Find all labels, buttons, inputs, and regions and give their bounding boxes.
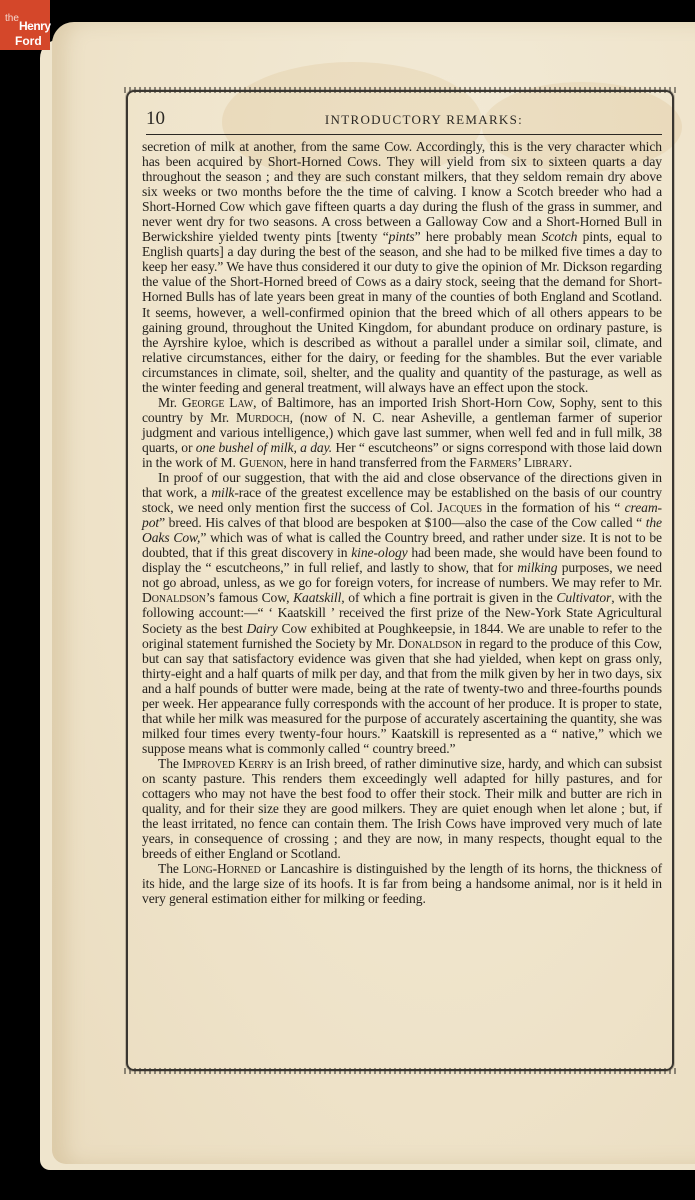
small-caps-name: Murdoch	[236, 410, 290, 425]
text-run: ” breed. His calves of that blood are be…	[159, 515, 646, 530]
page-header: 10 INTRODUCTORY REMARKS:	[146, 106, 662, 135]
small-caps-name: Guenon	[239, 455, 283, 470]
italic-text: pints	[389, 229, 415, 244]
text-run: , of which a fine portrait is given in t…	[341, 590, 556, 605]
text-run: The	[158, 756, 182, 771]
italic-text: Dairy	[246, 621, 277, 636]
ornamental-page-border: 10 INTRODUCTORY REMARKS: secretion of mi…	[126, 90, 674, 1071]
text-run: is an Irish breed, of rather diminutive …	[142, 756, 662, 861]
small-caps-name: Long-Horned	[183, 861, 261, 876]
running-head: INTRODUCTORY REMARKS:	[146, 112, 662, 128]
text-run: pints, equal to English quarts] a day du…	[142, 229, 662, 394]
italic-text: milking	[517, 560, 557, 575]
italic-text: Kaatskill	[293, 590, 341, 605]
italic-text: Scotch	[542, 229, 578, 244]
small-caps-name: Jacques	[437, 500, 482, 515]
logo-henry: Henry	[19, 20, 51, 32]
text-run: The	[158, 861, 183, 876]
paragraph: In proof of our suggestion, that with th…	[142, 470, 662, 756]
italic-text: Cultivator	[556, 590, 611, 605]
henry-ford-logo: the Henry Ford	[0, 0, 50, 50]
text-run: ” here probably mean	[415, 229, 542, 244]
small-caps-name: Farmers’ Library	[469, 455, 569, 470]
logo-ford: Ford	[15, 35, 42, 47]
small-caps-name: Donaldson	[142, 590, 206, 605]
small-caps-name: Improved Kerry	[182, 756, 274, 771]
italic-text: milk	[211, 485, 234, 500]
paragraph: Mr. George Law, of Baltimore, has an imp…	[142, 395, 662, 470]
small-caps-name: Donaldson	[398, 636, 462, 651]
text-run: Mr.	[158, 395, 182, 410]
logo-the: the	[5, 14, 19, 24]
small-caps-name: George Law	[182, 395, 253, 410]
italic-text: kine-ology	[351, 545, 407, 560]
text-run: in the formation of his “	[482, 500, 625, 515]
body-text: secretion of milk at another, from the s…	[142, 139, 662, 906]
text-run: in regard to the produce of this Cow, bu…	[142, 636, 662, 756]
paragraph: The Improved Kerry is an Irish breed, of…	[142, 756, 662, 861]
text-run: .	[569, 455, 572, 470]
paragraph: The Long-Horned or Lancashire is disting…	[142, 861, 662, 906]
text-run: ’s famous Cow,	[206, 590, 293, 605]
italic-text: one bushel of milk, a day.	[196, 440, 332, 455]
text-run: , here in hand transferred from the	[283, 455, 469, 470]
paragraph: secretion of milk at another, from the s…	[142, 139, 662, 395]
